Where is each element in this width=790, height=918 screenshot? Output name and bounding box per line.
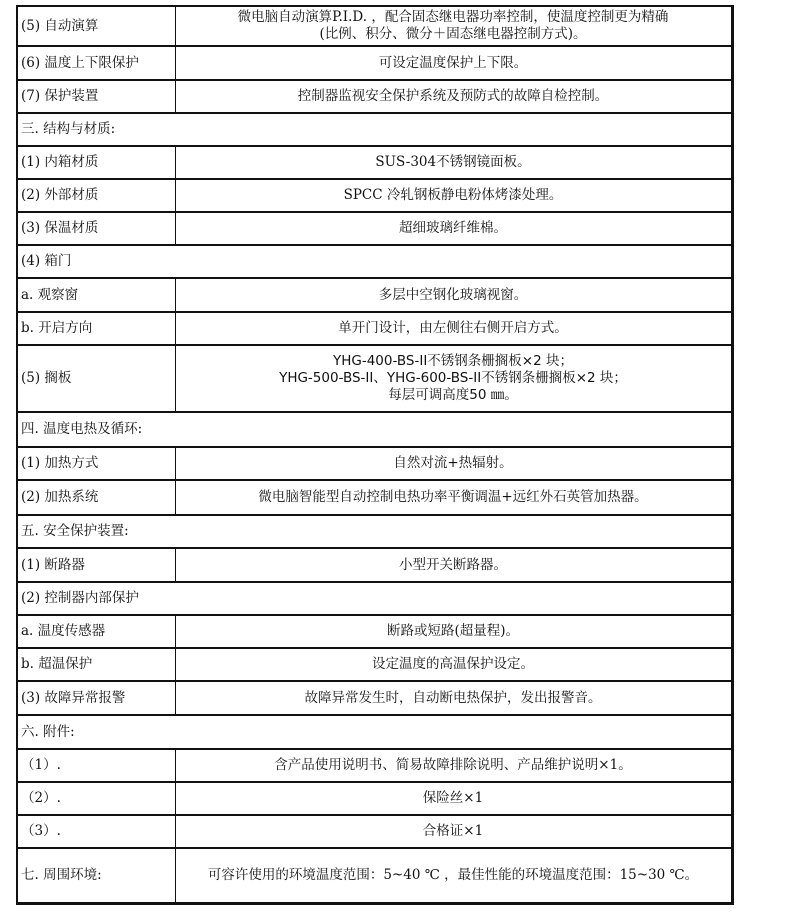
- row-value: 含产品使用说明书、简易故障排除说明、产品维护说明×1。: [175, 749, 732, 782]
- row-label: (3) 保温材质: [17, 212, 175, 245]
- row-value: 设定温度的高温保护设定。: [175, 648, 732, 681]
- spec-table-body: (5) 自动演算微电脑自动演算P.I.D. ，配合固态继电器功率控制，使温度控制…: [17, 6, 732, 903]
- section-heading: (2) 控制器内部保护: [17, 582, 732, 615]
- row-value: 断路或短路(超量程)。: [175, 615, 732, 648]
- table-row: (5) 搁板YHG-400-BS-II不锈钢条栅搁板×2 块；YHG-500-B…: [17, 345, 732, 412]
- row-value: 单开门设计，由左侧往右侧开启方式。: [175, 312, 732, 345]
- row-label: a. 观察窗: [17, 278, 175, 312]
- table-row: (7) 保护装置控制器监视安全保护系统及预防式的故障自检控制。: [17, 80, 732, 113]
- table-row: (1) 内箱材质SUS-304不锈钢镜面板。: [17, 146, 732, 179]
- row-value: 可容许使用的环境温度范围：5~40 ℃ ，最佳性能的环境温度范围：15~30 ℃…: [175, 848, 732, 903]
- row-label: b. 超温保护: [17, 648, 175, 681]
- row-value: YHG-400-BS-II不锈钢条栅搁板×2 块；YHG-500-BS-II、Y…: [175, 345, 732, 412]
- row-value: 自然对流+热辐射。: [175, 447, 732, 480]
- value-line: YHG-500-BS-II、YHG-600-BS-II不锈钢条栅搁板×2 块；: [179, 370, 728, 387]
- table-row: （2）.保险丝×1: [17, 782, 732, 815]
- table-row: (1) 加热方式自然对流+热辐射。: [17, 447, 732, 480]
- value-line: YHG-400-BS-II不锈钢条栅搁板×2 块；: [179, 353, 728, 370]
- table-row: (6) 温度上下限保护可设定温度保护上下限。: [17, 46, 732, 80]
- row-value: 小型开关断路器。: [175, 548, 732, 582]
- row-value: 可设定温度保护上下限。: [175, 46, 732, 80]
- row-label: (2) 加热系统: [17, 480, 175, 515]
- row-value: SPCC 冷轧钢板静电粉体烤漆处理。: [175, 179, 732, 212]
- table-row: (2) 加热系统微电脑智能型自动控制电热功率平衡调温+远红外石英管加热器。: [17, 480, 732, 515]
- row-label: b. 开启方向: [17, 312, 175, 345]
- table-row: (2) 外部材质SPCC 冷轧钢板静电粉体烤漆处理。: [17, 179, 732, 212]
- table-row: (3) 故障异常报警故障异常发生时，自动断电热保护，发出报警音。: [17, 681, 732, 715]
- table-row: （1）.含产品使用说明书、简易故障排除说明、产品维护说明×1。: [17, 749, 732, 782]
- row-label: (5) 搁板: [17, 345, 175, 412]
- row-label: （2）.: [17, 782, 175, 815]
- row-label: (6) 温度上下限保护: [17, 46, 175, 80]
- row-label: (2) 外部材质: [17, 179, 175, 212]
- row-label: (3) 故障异常报警: [17, 681, 175, 715]
- row-label: (7) 保护装置: [17, 80, 175, 113]
- table-row: a. 观察窗多层中空钢化玻璃视窗。: [17, 278, 732, 312]
- row-label: (5) 自动演算: [17, 6, 175, 46]
- section-row: (2) 控制器内部保护: [17, 582, 732, 615]
- table-row: (5) 自动演算微电脑自动演算P.I.D. ，配合固态继电器功率控制，使温度控制…: [17, 6, 732, 46]
- row-value: 合格证×1: [175, 815, 732, 848]
- table-row: b. 开启方向单开门设计，由左侧往右侧开启方式。: [17, 312, 732, 345]
- section-row: 六. 附件:: [17, 715, 732, 749]
- table-row: 七. 周围环境:可容许使用的环境温度范围：5~40 ℃ ，最佳性能的环境温度范围…: [17, 848, 732, 903]
- row-value: 故障异常发生时，自动断电热保护，发出报警音。: [175, 681, 732, 715]
- spec-table: (5) 自动演算微电脑自动演算P.I.D. ，配合固态继电器功率控制，使温度控制…: [16, 5, 734, 905]
- section-row: 五. 安全保护装置:: [17, 515, 732, 548]
- row-label: 七. 周围环境:: [17, 848, 175, 903]
- section-row: 三. 结构与材质:: [17, 113, 732, 146]
- row-value: 微电脑智能型自动控制电热功率平衡调温+远红外石英管加热器。: [175, 480, 732, 515]
- row-value: 保险丝×1: [175, 782, 732, 815]
- section-heading: 三. 结构与材质:: [17, 113, 732, 146]
- row-value: 超细玻璃纤维棉。: [175, 212, 732, 245]
- row-label: (1) 内箱材质: [17, 146, 175, 179]
- table-row: （3）.合格证×1: [17, 815, 732, 848]
- row-label: (1) 加热方式: [17, 447, 175, 480]
- row-label: a. 温度传感器: [17, 615, 175, 648]
- section-heading: (4) 箱门: [17, 245, 732, 278]
- table-row: b. 超温保护设定温度的高温保护设定。: [17, 648, 732, 681]
- row-label: (1) 断路器: [17, 548, 175, 582]
- section-row: (4) 箱门: [17, 245, 732, 278]
- row-label: （3）.: [17, 815, 175, 848]
- value-line: 每层可调高度50 ㎜。: [179, 387, 728, 404]
- table-row: (3) 保温材质超细玻璃纤维棉。: [17, 212, 732, 245]
- section-row: 四. 温度电热及循环:: [17, 412, 732, 447]
- row-value: 多层中空钢化玻璃视窗。: [175, 278, 732, 312]
- value-line: (比例、积分、微分＋固态继电器控制方式)。: [179, 26, 728, 43]
- row-value: SUS-304不锈钢镜面板。: [175, 146, 732, 179]
- row-label: （1）.: [17, 749, 175, 782]
- row-value: 微电脑自动演算P.I.D. ，配合固态继电器功率控制，使温度控制更为精确(比例、…: [175, 6, 732, 46]
- value-line: 微电脑自动演算P.I.D. ，配合固态继电器功率控制，使温度控制更为精确: [179, 9, 728, 26]
- section-heading: 六. 附件:: [17, 715, 732, 749]
- section-heading: 五. 安全保护装置:: [17, 515, 732, 548]
- row-value: 控制器监视安全保护系统及预防式的故障自检控制。: [175, 80, 732, 113]
- table-row: a. 温度传感器断路或短路(超量程)。: [17, 615, 732, 648]
- section-heading: 四. 温度电热及循环:: [17, 412, 732, 447]
- table-row: (1) 断路器小型开关断路器。: [17, 548, 732, 582]
